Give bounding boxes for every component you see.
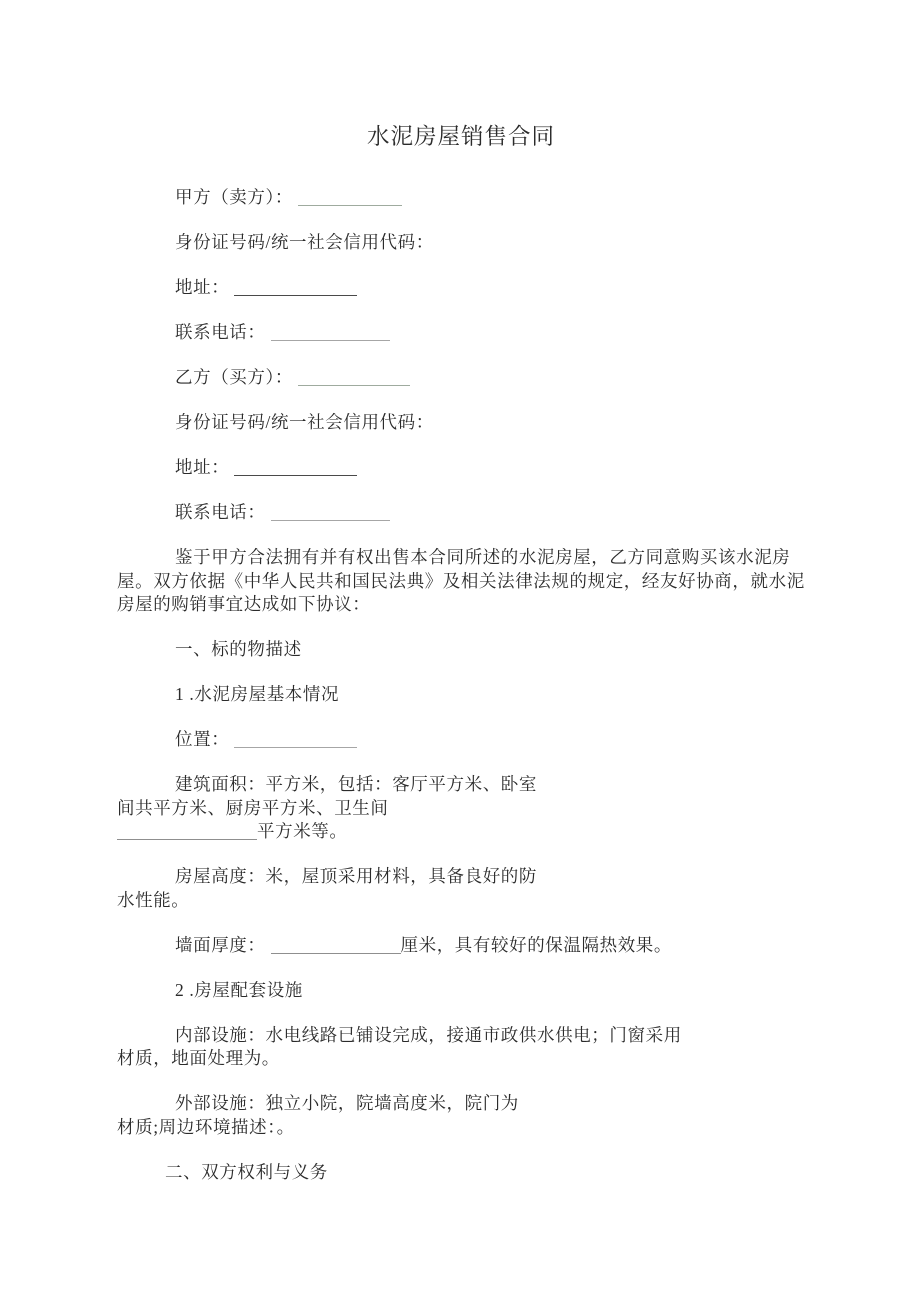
interior-line-1: 内部设施：水电线路已铺设完成，接通市政供水供电；门窗采用 xyxy=(117,1024,805,1048)
party-a-phone-blank xyxy=(271,324,390,341)
page-title: 水泥房屋销售合同 xyxy=(117,122,805,152)
preamble-line-3: 房屋的购销事宜达成如下协议： xyxy=(117,593,805,617)
location-label: 位置： xyxy=(175,729,229,749)
exterior-paragraph: 外部设施：独立小院，院墙高度米，院门为 材质;周边环境描述：。 xyxy=(117,1092,805,1139)
party-a-phone-line: 联系电话： xyxy=(117,321,805,345)
party-b-id-line: 身份证号码/统一社会信用代码： xyxy=(117,411,805,435)
party-b-phone-blank xyxy=(271,504,390,521)
party-b-phone-line: 联系电话： xyxy=(117,501,805,525)
height-line-1: 房屋高度：米，屋顶采用材料，具备良好的防 xyxy=(117,865,805,889)
party-b-address-blank xyxy=(234,459,357,476)
exterior-line-2: 材质;周边环境描述：。 xyxy=(117,1116,805,1140)
party-b-id-label: 身份证号码/统一社会信用代码： xyxy=(175,412,434,432)
clause-1-1-heading: 1 .水泥房屋基本情况 xyxy=(117,683,805,707)
interior-paragraph: 内部设施：水电线路已铺设完成，接通市政供水供电；门窗采用 材质，地面处理为。 xyxy=(117,1024,805,1071)
party-a-address-line: 地址： xyxy=(117,276,805,300)
party-a-phone-label: 联系电话： xyxy=(175,322,266,342)
party-b-phone-label: 联系电话： xyxy=(175,502,266,522)
party-a-address-blank xyxy=(234,279,357,296)
clause-1-2-heading: 2 .房屋配套设施 xyxy=(117,979,805,1003)
wall-label: 墙面厚度： xyxy=(175,935,266,955)
party-b-address-line: 地址： xyxy=(117,456,805,480)
area-line-1: 建筑面积：平方米，包括：客厅平方米、卧室 xyxy=(117,773,805,797)
section2-heading: 二、双方权利与义务 xyxy=(117,1161,805,1185)
party-a-line: 甲方（卖方）： xyxy=(117,186,805,210)
height-line-2: 水性能。 xyxy=(117,889,805,913)
wall-line: 墙面厚度：厘米，具有较好的保温隔热效果。 xyxy=(117,934,805,958)
area-paragraph: 建筑面积：平方米，包括：客厅平方米、卧室 间共平方米、厨房平方米、卫生间 平方米… xyxy=(117,773,805,844)
height-paragraph: 房屋高度：米，屋顶采用材料，具备良好的防 水性能。 xyxy=(117,865,805,912)
preamble-line-1: 鉴于甲方合法拥有并有权出售本合同所述的水泥房屋，乙方同意购买该水泥房 xyxy=(117,546,805,570)
preamble-line-2: 屋。双方依据《中华人民共和国民法典》及相关法律法规的规定，经友好协商，就水泥 xyxy=(117,570,805,594)
party-a-id-line: 身份证号码/统一社会信用代码： xyxy=(117,231,805,255)
party-b-address-label: 地址： xyxy=(175,457,229,477)
party-a-address-label: 地址： xyxy=(175,277,229,297)
area-blank xyxy=(117,823,257,840)
preamble-paragraph: 鉴于甲方合法拥有并有权出售本合同所述的水泥房屋，乙方同意购买该水泥房 屋。双方依… xyxy=(117,546,805,617)
party-b-line: 乙方（买方）： xyxy=(117,366,805,390)
party-b-label: 乙方（买方）： xyxy=(175,367,293,387)
wall-thickness-blank xyxy=(271,937,401,954)
party-a-id-label: 身份证号码/统一社会信用代码： xyxy=(175,232,434,252)
party-b-name-blank xyxy=(298,369,410,386)
party-a-name-blank xyxy=(298,189,402,206)
area-line-3: 平方米等。 xyxy=(117,820,805,844)
area-line-2: 间共平方米、厨房平方米、卫生间 xyxy=(117,797,805,821)
section1-heading: 一、标的物描述 xyxy=(117,638,805,662)
exterior-line-1: 外部设施：独立小院，院墙高度米，院门为 xyxy=(117,1092,805,1116)
interior-line-2: 材质，地面处理为。 xyxy=(117,1047,805,1071)
wall-suffix: 厘米，具有较好的保温隔热效果。 xyxy=(401,935,673,955)
area-line-3-suffix: 平方米等。 xyxy=(257,821,348,841)
location-line: 位置： xyxy=(117,728,805,752)
location-blank xyxy=(234,731,357,748)
document-page: 水泥房屋销售合同 甲方（卖方）： 身份证号码/统一社会信用代码： 地址： 联系电… xyxy=(0,0,920,1301)
party-a-label: 甲方（卖方）： xyxy=(175,187,293,207)
